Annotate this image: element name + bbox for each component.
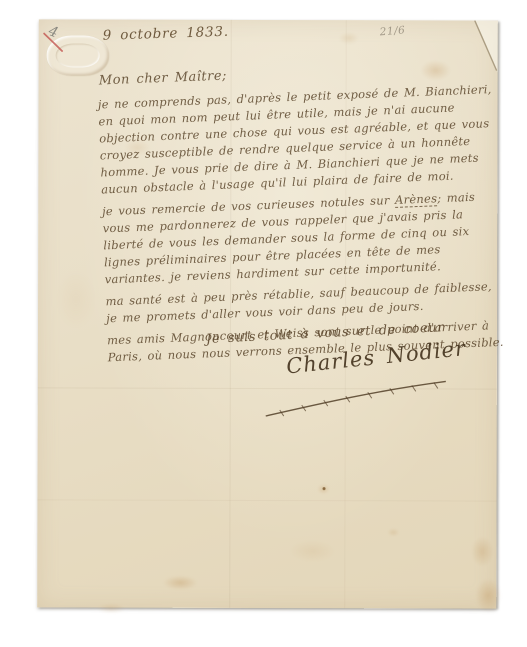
stain <box>163 576 197 590</box>
stain <box>97 604 125 614</box>
paragraph-1: je ne comprends pas, d'après le petit ex… <box>98 81 502 199</box>
underlined-word: Arènes <box>395 191 438 208</box>
stain <box>56 269 96 329</box>
signature-flourish <box>258 372 454 421</box>
letter-scan: 4 9 octobre 1833. 21/6 Mon cher Maître; … <box>0 0 527 647</box>
stain <box>471 537 493 567</box>
stain <box>475 579 501 613</box>
stain <box>289 540 335 562</box>
stain <box>387 528 399 536</box>
paragraph-2: je vous remercie de vos curieuses notule… <box>102 188 505 289</box>
letter-body: Mon cher Maître; je ne comprends pas, d'… <box>97 58 508 371</box>
stain <box>339 32 359 44</box>
fold-crease-horizontal-lower <box>38 499 497 501</box>
ink-speck <box>323 487 326 490</box>
date-line: 9 octobre 1833. <box>103 24 230 44</box>
collector-mark: 4 <box>40 23 69 60</box>
letter-paper: 4 9 octobre 1833. 21/6 Mon cher Maître; … <box>37 19 498 608</box>
pencil-notation: 21/6 <box>379 24 406 38</box>
